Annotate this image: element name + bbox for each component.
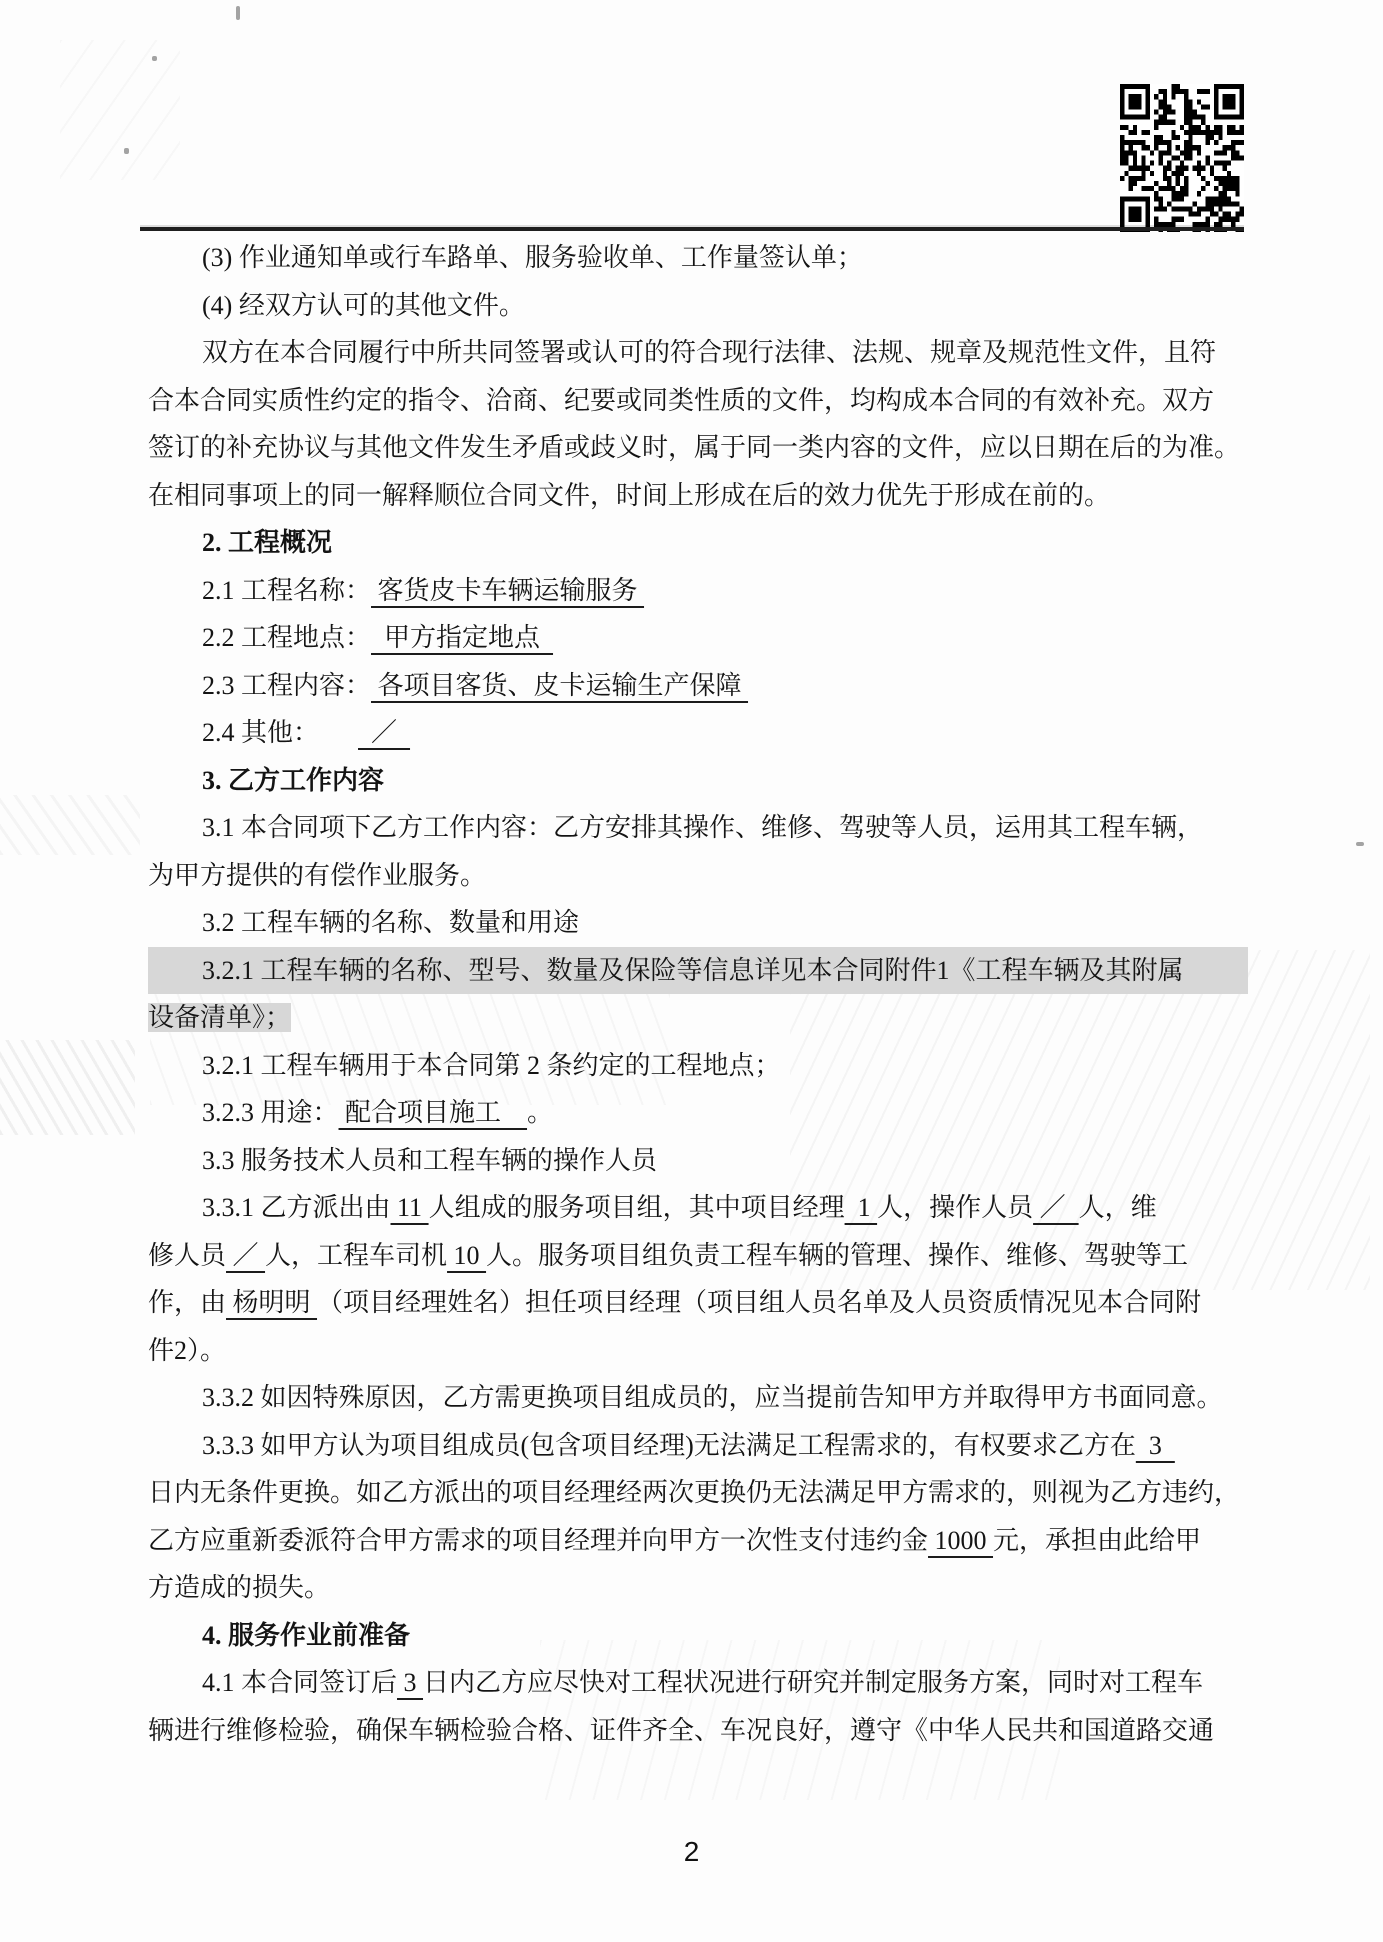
doc-line: 2.1 工程名称： 客货皮卡车辆运输服务	[148, 567, 1248, 615]
scan-speck	[236, 6, 240, 20]
page-number: 2	[0, 1836, 1383, 1868]
text-run: 3.3.3 如甲方认为项目组成员(包含项目经理)无法满足工程需求的，有权要求乙方…	[202, 1431, 1136, 1460]
doc-line: 在相同事项上的同一解释顺位合同文件，时间上形成在后的效力优先于形成在前的。	[148, 472, 1248, 520]
doc-line: 3.3.3 如甲方认为项目组成员(包含项目经理)无法满足工程需求的，有权要求乙方…	[148, 1422, 1248, 1470]
text-run: 为甲方提供的有偿作业服务。	[148, 861, 486, 890]
text-run: 3.2.1 工程车辆用于本合同第 2 条约定的工程地点；	[202, 1051, 781, 1080]
filled-in-field: 11	[391, 1193, 429, 1222]
text-run: 人，工程车司机	[265, 1241, 447, 1270]
filled-in-field: 10	[447, 1241, 486, 1270]
text-run: 2.2 工程地点：	[202, 623, 371, 652]
doc-line: 辆进行维修检验，确保车辆检验合格、证件齐全、车况良好，遵守《中华人民共和国道路交…	[148, 1707, 1248, 1755]
doc-line: 乙方应重新委派符合甲方需求的项目经理并向甲方一次性支付违约金 1000 元，承担…	[148, 1517, 1248, 1565]
text-run: 人，操作人员	[877, 1193, 1033, 1222]
text-run: 3.2 工程车辆的名称、数量和用途	[202, 908, 579, 937]
doc-line: 2. 工程概况	[148, 519, 1248, 567]
filled-in-field: 3	[397, 1668, 423, 1697]
text-run: 辆进行维修检验，确保车辆检验合格、证件齐全、车况良好，遵守《中华人民共和国道路交…	[148, 1716, 1214, 1745]
document-body: (3) 作业通知单或行车路单、服务验收单、工作量签认单；(4) 经双方认可的其他…	[148, 234, 1248, 1754]
doc-line: 合本合同实质性约定的指令、洽商、纪要或同类性质的文件，均构成本合同的有效补充。双…	[148, 377, 1248, 425]
text-run: 4. 服务作业前准备	[202, 1621, 410, 1650]
text-run: 3.3.2 如因特殊原因，乙方需更换项目组成员的，应当提前告知甲方并取得甲方书面…	[202, 1383, 1223, 1412]
text-run: 2.4 其他：	[202, 718, 319, 747]
scan-speck	[124, 148, 129, 154]
filled-in-field: 客货皮卡车辆运输服务	[371, 576, 644, 605]
doc-line: 2.4 其他： ／	[148, 709, 1248, 757]
text-run: 2. 工程概况	[202, 528, 332, 557]
text-run: 3.3 服务技术人员和工程车辆的操作人员	[202, 1146, 657, 1175]
text-run: 3.3.1 乙方派出由	[202, 1193, 391, 1222]
doc-line: 修人员 ／ 人，工程车司机 10 人。服务项目组负责工程车辆的管理、操作、维修、…	[148, 1232, 1248, 1280]
doc-line: 3.2 工程车辆的名称、数量和用途	[148, 899, 1248, 947]
text-run: 元，承担由此给甲	[993, 1526, 1201, 1555]
doc-line: 3.3 服务技术人员和工程车辆的操作人员	[148, 1137, 1248, 1185]
filled-in-field: 1000	[928, 1526, 993, 1555]
scanned-contract-page: (3) 作业通知单或行车路单、服务验收单、工作量签认单；(4) 经双方认可的其他…	[0, 0, 1383, 1942]
doc-line: (3) 作业通知单或行车路单、服务验收单、工作量签认单；	[148, 234, 1248, 282]
text-run: 方造成的损失。	[148, 1573, 330, 1602]
text-run: 人，维	[1079, 1193, 1157, 1222]
doc-line: 签订的补充协议与其他文件发生矛盾或歧义时，属于同一类内容的文件，应以日期在后的为…	[148, 424, 1248, 472]
text-run: 签订的补充协议与其他文件发生矛盾或歧义时，属于同一类内容的文件，应以日期在后的为…	[148, 433, 1240, 462]
filled-in-field: 杨明明	[226, 1288, 317, 1317]
doc-line: 2.2 工程地点： 甲方指定地点	[148, 614, 1248, 662]
text-run: 4.1 本合同签订后	[202, 1668, 397, 1697]
doc-line: 为甲方提供的有偿作业服务。	[148, 852, 1248, 900]
filled-in-field: ／	[358, 718, 410, 747]
scan-speck	[1356, 842, 1364, 846]
filled-in-field: 各项目客货、皮卡运输生产保障	[371, 671, 748, 700]
doc-line: 双方在本合同履行中所共同签署或认可的符合现行法律、法规、规章及规范性文件，且符	[148, 329, 1248, 377]
qr-code-icon	[1120, 84, 1244, 232]
doc-line: 4. 服务作业前准备	[148, 1612, 1248, 1660]
text-run: （项目经理姓名）担任项目经理（项目组人员名单及人员资质情况见本合同附	[317, 1288, 1201, 1317]
doc-line: 3.3.1 乙方派出由 11 人组成的服务项目组，其中项目经理 1 人，操作人员…	[148, 1184, 1248, 1232]
text-run: 合本合同实质性约定的指令、洽商、纪要或同类性质的文件，均构成本合同的有效补充。双…	[148, 386, 1214, 415]
filled-in-field: ／	[1033, 1193, 1079, 1222]
doc-line: (4) 经双方认可的其他文件。	[148, 282, 1248, 330]
doc-line: 3.2.3 用途： 配合项目施工 。	[148, 1089, 1248, 1137]
text-run: 人组成的服务项目组，其中项目经理	[429, 1193, 845, 1222]
text-run: 。	[527, 1098, 553, 1127]
text-run: 3.1 本合同项下乙方工作内容：乙方安排其操作、维修、驾驶等人员，运用其工程车辆…	[202, 813, 1203, 842]
text-run: 乙方应重新委派符合甲方需求的项目经理并向甲方一次性支付违约金	[148, 1526, 928, 1555]
filled-in-field: 配合项目施工	[339, 1098, 528, 1127]
doc-line: 日内无条件更换。如乙方派出的项目经理经两次更换仍无法满足甲方需求的，则视为乙方违…	[148, 1469, 1248, 1517]
text-run: 2.3 工程内容：	[202, 671, 371, 700]
doc-line: 2.3 工程内容： 各项目客货、皮卡运输生产保障	[148, 662, 1248, 710]
doc-line: 件2）。	[148, 1327, 1248, 1375]
doc-line: 方造成的损失。	[148, 1564, 1248, 1612]
filled-in-field: 3	[1136, 1431, 1175, 1460]
doc-line: 设备清单》；	[148, 994, 1248, 1042]
doc-line: 3.2.1 工程车辆的名称、型号、数量及保险等信息详见本合同附件1《工程车辆及其…	[148, 947, 1248, 995]
filled-in-field: 1	[845, 1193, 878, 1222]
text-run: 3.2.3 用途：	[202, 1098, 339, 1127]
text-run: 设备清单》；	[148, 1003, 291, 1032]
header-rule-line	[140, 227, 1244, 231]
text-run: 3. 乙方工作内容	[202, 766, 384, 795]
text-run: 双方在本合同履行中所共同签署或认可的符合现行法律、法规、规章及规范性文件，且符	[202, 338, 1216, 367]
text-run: 修人员	[148, 1241, 226, 1270]
text-run: 日内无条件更换。如乙方派出的项目经理经两次更换仍无法满足甲方需求的，则视为乙方违…	[148, 1478, 1240, 1507]
text-run: (3) 作业通知单或行车路单、服务验收单、工作量签认单；	[202, 243, 863, 272]
text-run: 在相同事项上的同一解释顺位合同文件，时间上形成在后的效力优先于形成在前的。	[148, 481, 1110, 510]
text-run: (4) 经双方认可的其他文件。	[202, 291, 525, 320]
doc-line: 4.1 本合同签订后 3 日内乙方应尽快对工程状况进行研究并制定服务方案，同时对…	[148, 1659, 1248, 1707]
scan-noise	[60, 40, 180, 180]
text-run: 人。服务项目组负责工程车辆的管理、操作、维修、驾驶等工	[486, 1241, 1188, 1270]
text-run: 作，由	[148, 1288, 226, 1317]
page-number-value: 2	[684, 1836, 700, 1867]
text-run	[319, 718, 358, 747]
doc-line: 3.3.2 如因特殊原因，乙方需更换项目组成员的，应当提前告知甲方并取得甲方书面…	[148, 1374, 1248, 1422]
scan-noise	[0, 795, 140, 855]
doc-line: 3. 乙方工作内容	[148, 757, 1248, 805]
filled-in-field: 甲方指定地点	[371, 623, 553, 652]
text-run: 件2）。	[148, 1336, 226, 1365]
doc-line: 作，由 杨明明 （项目经理姓名）担任项目经理（项目组人员名单及人员资质情况见本合…	[148, 1279, 1248, 1327]
doc-line: 3.2.1 工程车辆用于本合同第 2 条约定的工程地点；	[148, 1042, 1248, 1090]
text-run: 3.2.1 工程车辆的名称、型号、数量及保险等信息详见本合同附件1《工程车辆及其…	[202, 956, 1184, 985]
scan-noise	[0, 1040, 135, 1135]
doc-line: 3.1 本合同项下乙方工作内容：乙方安排其操作、维修、驾驶等人员，运用其工程车辆…	[148, 804, 1248, 852]
text-run: 日内乙方应尽快对工程状况进行研究并制定服务方案，同时对工程车	[423, 1668, 1203, 1697]
text-run: 2.1 工程名称：	[202, 576, 371, 605]
filled-in-field: ／	[226, 1241, 265, 1270]
scan-speck	[152, 56, 157, 61]
